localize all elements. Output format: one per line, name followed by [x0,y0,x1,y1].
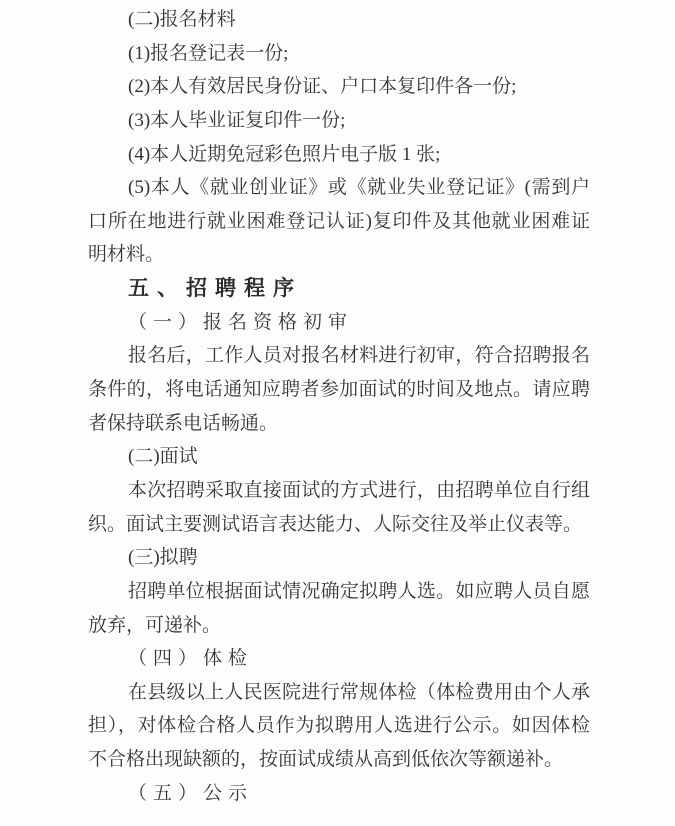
subheading-proposed-hire: (三)拟聘 [88,541,590,575]
doc-line: 在县级以上人民医院进行常规体检（体检费用由个人承 [88,676,590,710]
subheading-qualification-review: （一）报名资格初审 [88,306,590,340]
doc-line: 报名后，工作人员对报名材料进行初审，符合招聘报名 [88,339,590,373]
doc-line: 口所在地进行就业困难登记认证)复印件及其他就业困难证 [88,205,590,239]
subheading-application-materials: (二)报名材料 [88,3,590,37]
doc-line: (3)本人毕业证复印件一份; [88,104,590,138]
document-text-block: (二)报名材料 (1)报名登记表一份; (2)本人有效居民身份证、户口本复印件各… [88,3,590,810]
doc-line: 本次招聘采取直接面试的方式进行，由招聘单位自行组 [88,474,590,508]
document-page: (二)报名材料 (1)报名登记表一份; (2)本人有效居民身份证、户口本复印件各… [0,0,675,826]
subheading-public-notice: （五）公示 [88,777,590,811]
doc-line: 者保持联系电话畅通。 [88,407,590,441]
subheading-physical-exam: （四）体检 [88,642,590,676]
doc-line: 条件的，将电话通知应聘者参加面试的时间及地点。请应聘 [88,373,590,407]
heading-recruitment-procedure: 五、招聘程序 [88,272,590,306]
doc-line: 招聘单位根据面试情况确定拟聘人选。如应聘人员自愿 [88,575,590,609]
doc-line: (1)报名登记表一份; [88,37,590,71]
subheading-interview: (二)面试 [88,440,590,474]
doc-line: 担），对体检合格人员作为拟聘用人选进行公示。如因体检 [88,709,590,743]
doc-line: 放弃，可递补。 [88,609,590,643]
doc-line: (5)本人《就业创业证》或《就业失业登记证》(需到户 [88,171,590,205]
doc-line: (4)本人近期免冠彩色照片电子版 1 张; [88,138,590,172]
doc-line: (2)本人有效居民身份证、户口本复印件各一份; [88,70,590,104]
doc-line: 不合格出现缺额的，按面试成绩从高到低依次等额递补。 [88,743,590,777]
doc-line: 明材料。 [88,238,590,272]
doc-line: 织。面试主要测试语言表达能力、人际交往及举止仪表等。 [88,508,590,542]
